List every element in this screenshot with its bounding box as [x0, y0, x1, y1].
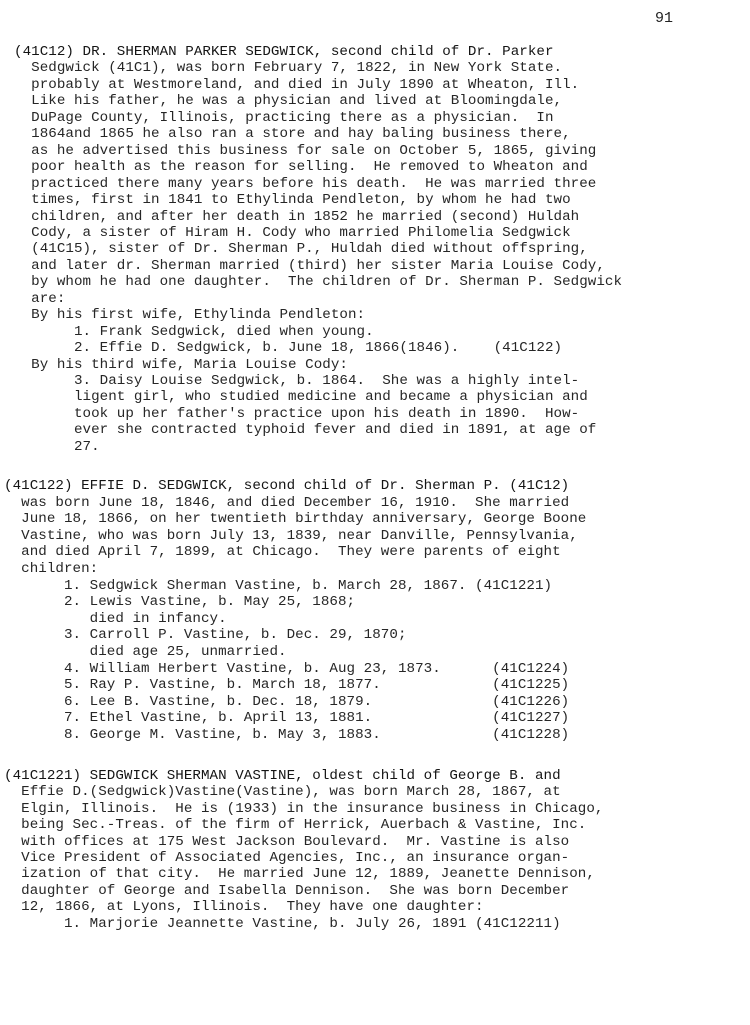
text-line: practiced there many years before his de…: [14, 176, 596, 192]
text-line: 2. Lewis Vastine, b. May 25, 1868;: [4, 594, 355, 610]
text-line: children, and after her death in 1852 he…: [14, 209, 579, 225]
text-line: 1. Sedgwick Sherman Vastine, b. March 28…: [4, 578, 552, 594]
text-line: was born June 18, 1846, and died Decembe…: [4, 495, 569, 511]
text-line: probably at Westmoreland, and died in Ju…: [14, 77, 579, 93]
text-line: (41C15), sister of Dr. Sherman P., Hulda…: [14, 241, 588, 257]
text-line: 12, 1866, at Lyons, Illinois. They have …: [4, 899, 484, 915]
text-line: 3. Carroll P. Vastine, b. Dec. 29, 1870;: [4, 627, 407, 643]
text-line: 7. Ethel Vastine, b. April 13, 1881. (41…: [4, 710, 569, 726]
entry-heading-line: (41C12) DR. SHERMAN PARKER SEDGWICK, sec…: [14, 44, 554, 60]
text-line: By his first wife, Ethylinda Pendleton:: [14, 307, 365, 323]
text-line: died age 25, unmarried.: [4, 644, 287, 660]
text-line: Elgin, Illinois. He is (1933) in the ins…: [4, 801, 603, 817]
text-line: as he advertised this business for sale …: [14, 143, 596, 159]
text-line: 1. Frank Sedgwick, died when young.: [14, 324, 374, 340]
text-line: are:: [14, 291, 65, 307]
text-line: Sedgwick (41C1), was born February 7, 18…: [14, 60, 562, 76]
text-line: Effie D.(Sedgwick)Vastine(Vastine), was …: [4, 784, 561, 800]
entry-heading-line: (41C122) EFFIE D. SEDGWICK, second child…: [4, 478, 569, 494]
text-line: June 18, 1866, on her twentieth birthday…: [4, 511, 586, 527]
text-line: daughter of George and Isabella Dennison…: [4, 883, 569, 899]
text-line: times, first in 1841 to Ethylinda Pendle…: [14, 192, 571, 208]
text-line: and died April 7, 1899, at Chicago. They…: [4, 544, 561, 560]
text-line: 1864and 1865 he also ran a store and hay…: [14, 126, 571, 142]
entry-heading-line: (41C1221) SEDGWICK SHERMAN VASTINE, olde…: [4, 768, 561, 784]
text-line: Like his father, he was a physician and …: [14, 93, 562, 109]
text-line: and later dr. Sherman married (third) he…: [14, 258, 605, 274]
text-line: 4. William Herbert Vastine, b. Aug 23, 1…: [4, 661, 569, 677]
text-line: died in infancy.: [4, 611, 227, 627]
text-line: poor health as the reason for selling. H…: [14, 159, 588, 175]
text-line: 27.: [14, 439, 100, 455]
text-line: ligent girl, who studied medicine and be…: [14, 389, 588, 405]
text-line: being Sec.-Treas. of the firm of Herrick…: [4, 817, 586, 833]
text-line: Vice President of Associated Agencies, I…: [4, 850, 569, 866]
text-line: DuPage County, Illinois, practicing ther…: [14, 110, 554, 126]
text-line: 8. George M. Vastine, b. May 3, 1883. (4…: [4, 727, 569, 743]
text-line: By his third wife, Maria Louise Cody:: [14, 357, 348, 373]
text-line: ever she contracted typhoid fever and di…: [14, 422, 596, 438]
text-line: 3. Daisy Louise Sedgwick, b. 1864. She w…: [14, 373, 579, 389]
text-line: 2. Effie D. Sedgwick, b. June 18, 1866(1…: [14, 340, 562, 356]
text-line: Vastine, who was born July 13, 1839, nea…: [4, 528, 578, 544]
text-line: children:: [4, 561, 98, 577]
text-line: 1. Marjorie Jeannette Vastine, b. July 2…: [4, 916, 561, 932]
text-line: 6. Lee B. Vastine, b. Dec. 18, 1879. (41…: [4, 694, 569, 710]
text-line: 5. Ray P. Vastine, b. March 18, 1877. (4…: [4, 677, 569, 693]
text-line: ization of that city. He married June 12…: [4, 866, 595, 882]
text-line: by whom he had one daughter. The childre…: [14, 274, 622, 290]
text-line: with offices at 175 West Jackson Bouleva…: [4, 834, 569, 850]
page-number: 91: [655, 10, 673, 27]
text-line: Cody, a sister of Hiram H. Cody who marr…: [14, 225, 571, 241]
text-line: took up her father's practice upon his d…: [14, 406, 579, 422]
